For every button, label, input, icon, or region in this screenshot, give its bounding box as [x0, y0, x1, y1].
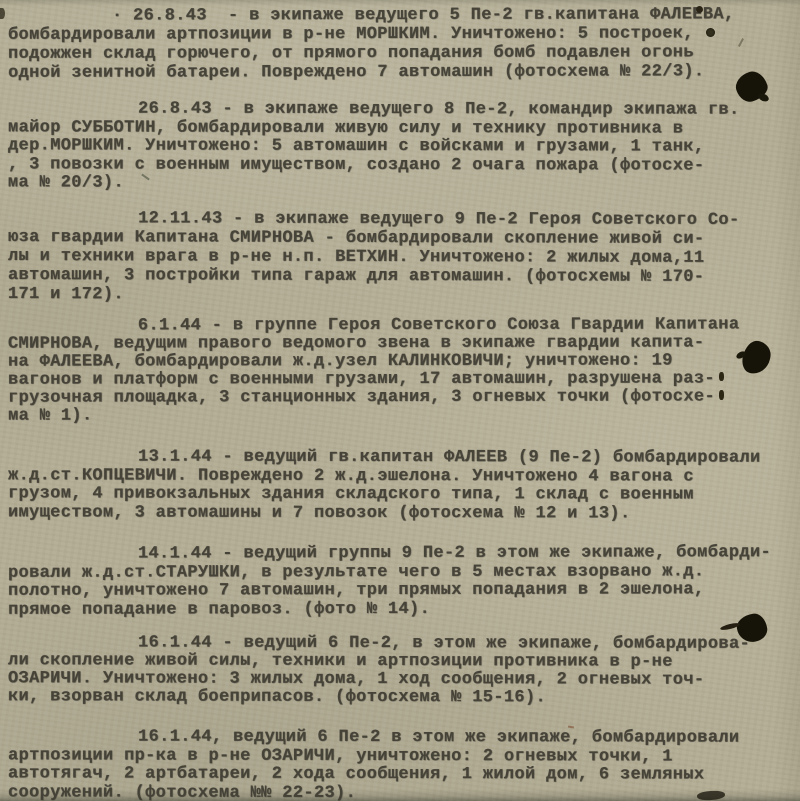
- text-line: имуществом, 3 автомашины и 7 повозок (фо…: [8, 504, 768, 524]
- entry-paragraph-2: 26.8.43 - в экипаже ведущего 8 Пе-2, ком…: [8, 100, 768, 194]
- paper-speck: [719, 372, 724, 381]
- text-line: полотно, уничтожено 7 автомашин, три пря…: [8, 581, 768, 601]
- edge-mark: [0, 8, 5, 19]
- text-line: ма № 1).: [8, 406, 768, 425]
- entry-paragraph-4: 6.1.44 - в группе Героя Советского Союза…: [8, 316, 768, 425]
- entry-paragraph-3: 12.11.43 - в экипаже ведущего 9 Пе-2 Гер…: [8, 209, 768, 306]
- entry-paragraph-1: · 26.8.43 - в экипаже ведущего 5 Пе-2 гв…: [8, 5, 768, 83]
- text-line: 26.8.43 - в экипаже ведущего 8 Пе-2, ком…: [8, 100, 768, 120]
- text-line: сооружений. (фотосхема №№ 22-23).: [8, 784, 768, 801]
- text-line: 16.1.44, ведущий 6 Пе-2 в этом же экипаж…: [8, 728, 768, 748]
- text-line: лы и техники врага в р-не н.п. ВЕТХИН. У…: [8, 247, 768, 268]
- text-line: грузом, 4 привокзальных здания складског…: [8, 485, 768, 505]
- text-line: 14.1.44 - ведущий группы 9 Пе-2 в этом ж…: [8, 544, 768, 564]
- text-line: 171 и 172).: [8, 285, 768, 306]
- paper-speck: [696, 6, 703, 13]
- text-line: дер.МОРШКИМ. Уничтожено: 5 автомашин с в…: [8, 137, 768, 157]
- entry-paragraph-7: 16.1.44 - ведущий 6 Пе-2, в этом же экип…: [8, 634, 768, 708]
- entry-paragraph-6: 14.1.44 - ведущий группы 9 Пе-2 в этом ж…: [8, 544, 768, 620]
- text-line: одной зенитной батареи. Повреждено 7 авт…: [8, 62, 768, 83]
- text-line: прямое попадание в паровоз. (фото № 14).: [8, 600, 768, 620]
- paper-speck: [719, 390, 724, 400]
- text-line: ки, взорван склад боеприпасов. (фотосхем…: [8, 688, 768, 708]
- scanned-page: · 26.8.43 - в экипаже ведущего 5 Пе-2 гв…: [0, 0, 800, 801]
- entry-paragraph-5: 13.1.44 - ведущий гв.капитан ФАЛЕЕВ (9 П…: [8, 448, 768, 523]
- text-line: бомбардировали артпозиции в р-не МОРШКИМ…: [8, 24, 768, 45]
- paper-speck: [706, 28, 715, 37]
- text-line: грузочная площадка, 3 станционных здания…: [8, 388, 768, 407]
- text-line: автотягач, 2 артбатареи, 2 хода сообщени…: [8, 765, 768, 785]
- text-line: ма № 20/3).: [8, 174, 768, 194]
- text-line: 12.11.43 - в экипаже ведущего 9 Пе-2 Гер…: [8, 209, 768, 230]
- text-line: · 26.8.43 - в экипаже ведущего 5 Пе-2 гв…: [8, 5, 768, 26]
- text-line: юза гвардии Капитана СМИРНОВА - бомбарди…: [8, 228, 768, 249]
- text-line: 13.1.44 - ведущий гв.капитан ФАЛЕЕВ (9 П…: [8, 448, 768, 468]
- entry-paragraph-8: 16.1.44, ведущий 6 Пе-2 в этом же экипаж…: [8, 728, 768, 801]
- text-line: автомашин, 3 постройки типа гараж для ав…: [8, 266, 768, 287]
- text-line: подожжен склад горючего, от прямого попа…: [8, 43, 768, 64]
